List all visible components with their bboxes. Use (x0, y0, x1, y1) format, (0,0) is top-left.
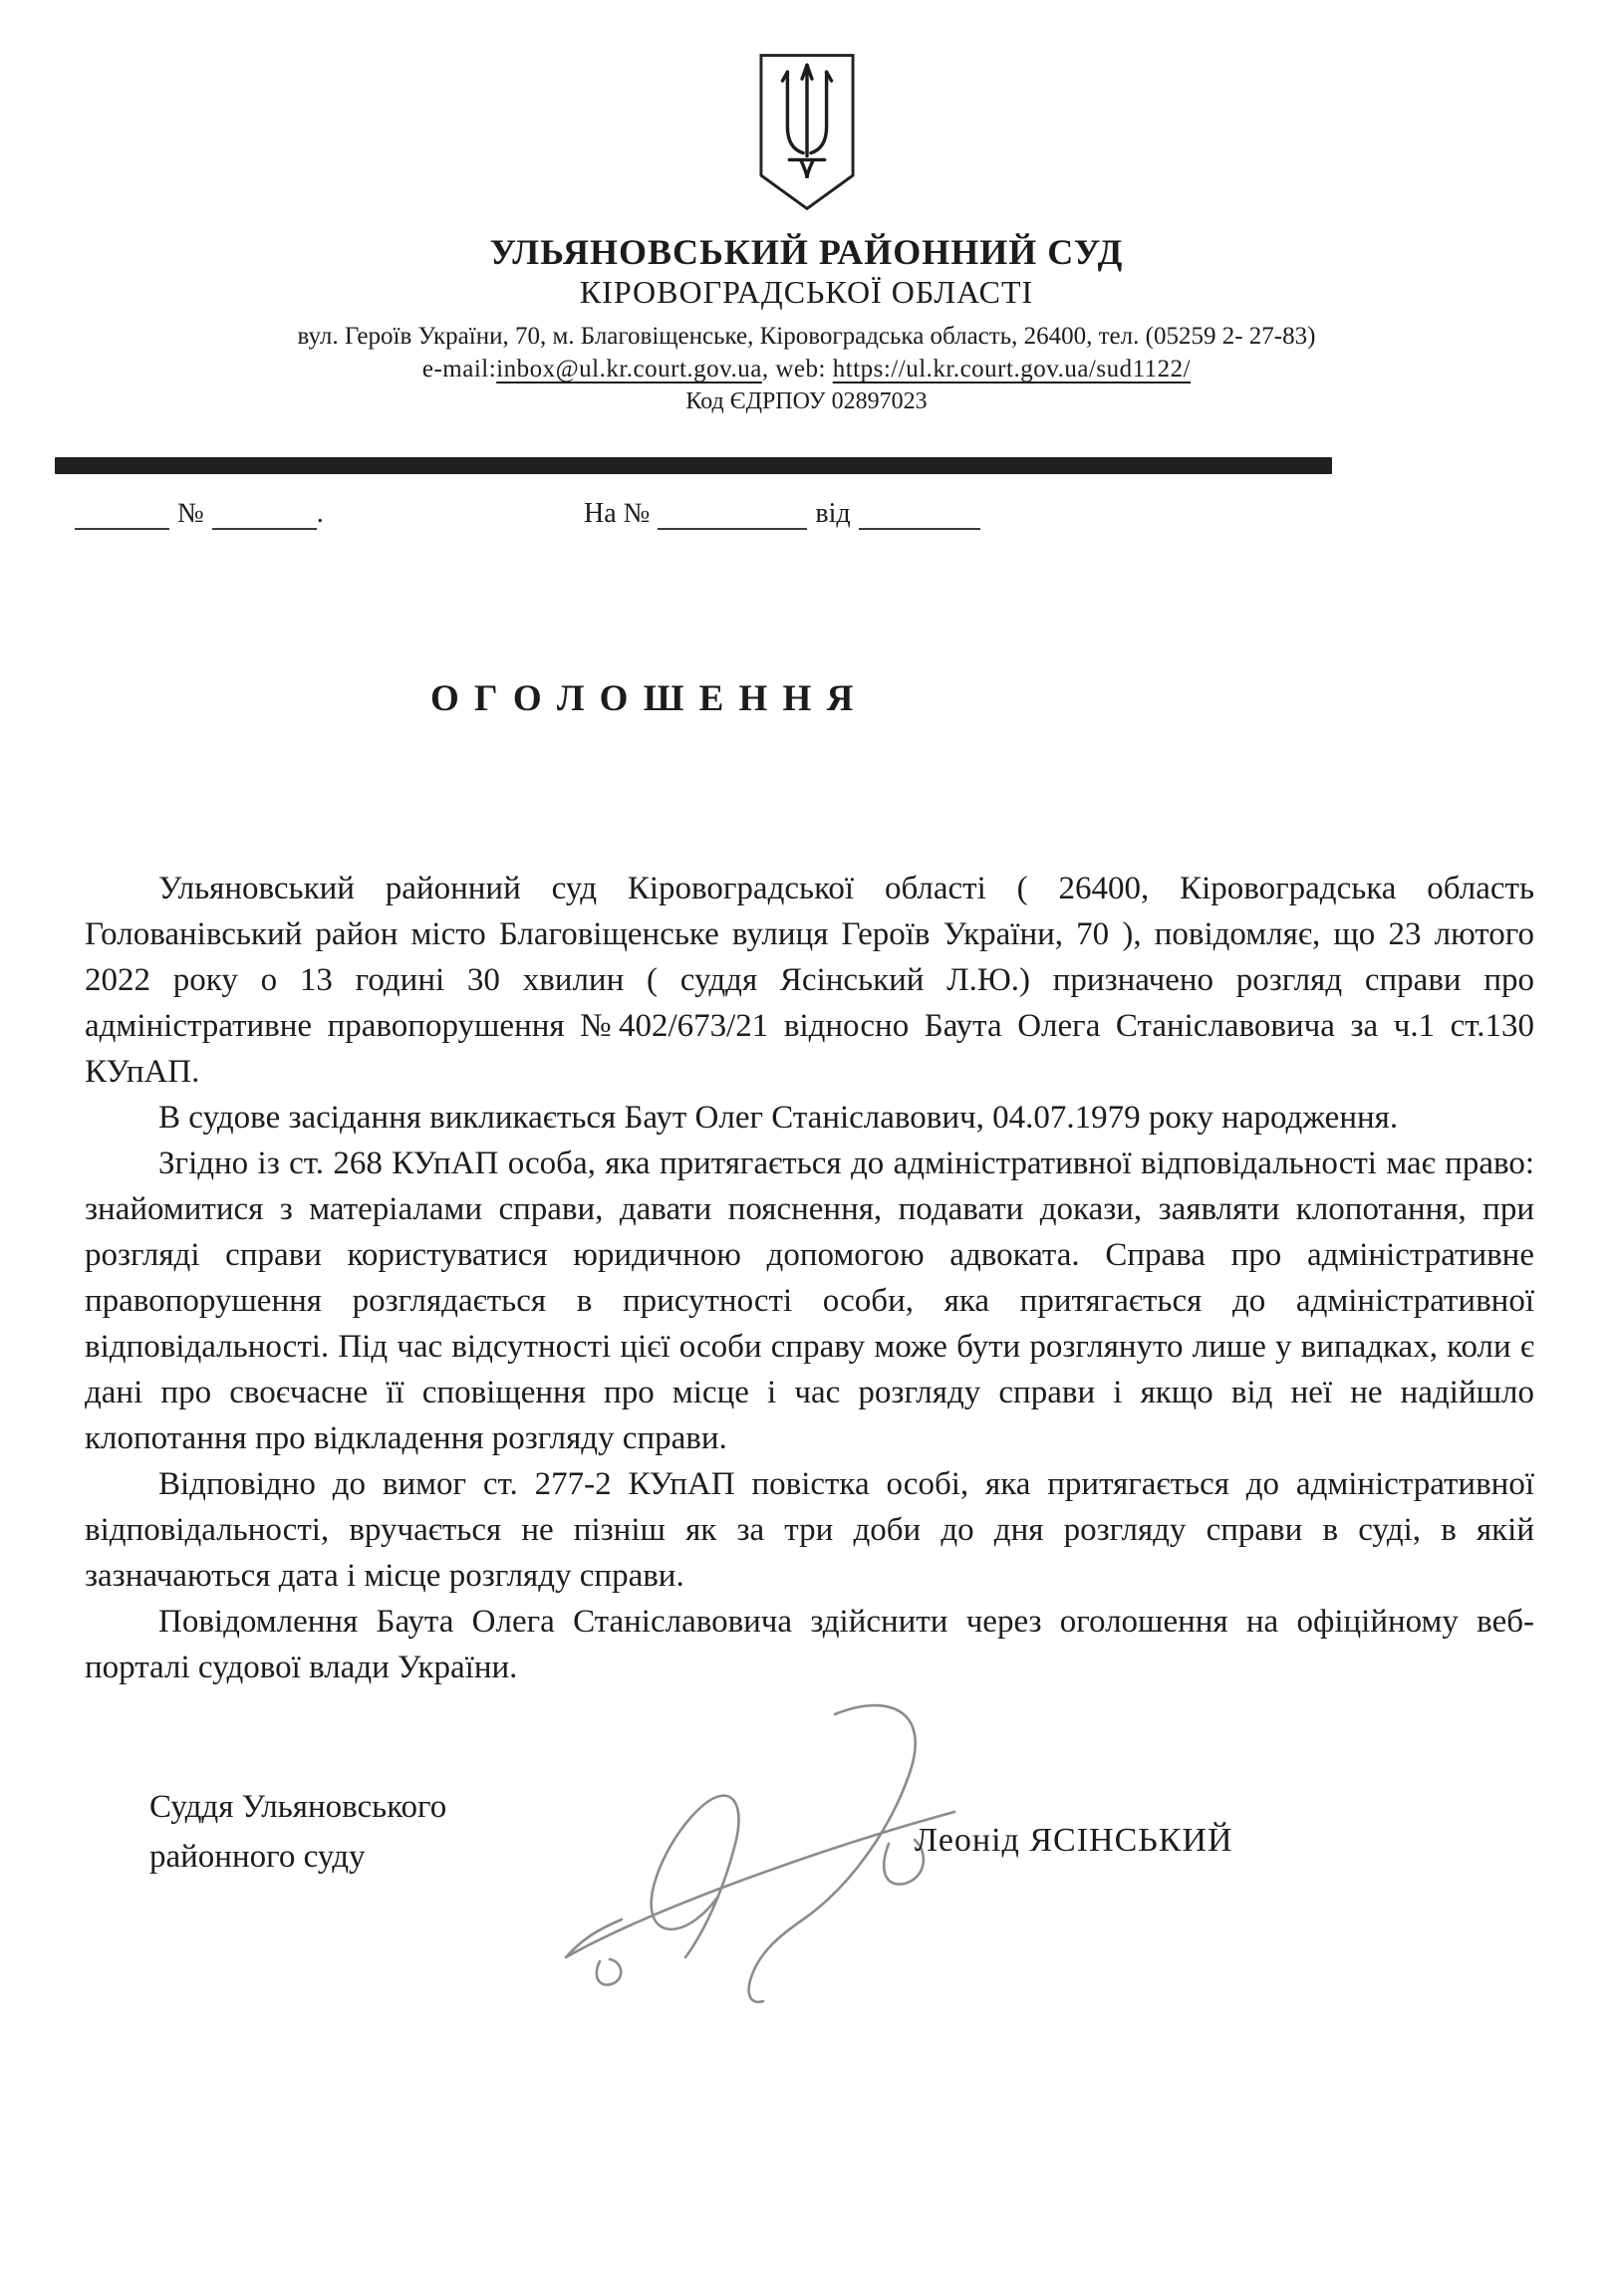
announcement-body: Ульяновський районний суд Кіровоградсько… (85, 866, 1534, 1690)
separator-bar (55, 457, 1332, 474)
edrpou-code: Код ЄДРПОУ 02897023 (0, 385, 1613, 417)
court-address: вул. Героїв України, 70, м. Благовіщенсь… (0, 320, 1613, 353)
incoming-number-field: На №від (576, 498, 980, 530)
signature-block: Суддя Ульяновського районного суду Леоні… (0, 1754, 1613, 2083)
signer-role-line1: Суддя Ульяновського (149, 1782, 446, 1832)
email-label: e-mail: (422, 356, 496, 383)
web-label: , web: (762, 356, 833, 383)
number-sign-label: № (169, 498, 212, 529)
outgoing-number-field: №. (75, 498, 324, 530)
left-dot: . (317, 498, 324, 529)
court-region: КІРОВОГРАДСЬКОЇ ОБЛАСТІ (0, 272, 1613, 312)
reference-number-row: №. На №від (0, 498, 1613, 544)
paragraph-rights-art268: Згідно із ст. 268 КУпАП особа, яка притя… (85, 1141, 1534, 1461)
signer-role-line2: районного суду (149, 1832, 446, 1882)
ukraine-trident-emblem-icon (758, 52, 856, 218)
incoming-date-blank (859, 498, 980, 530)
from-label: від (807, 498, 858, 529)
page-title: О Г О Л О Ш Е Н Н Я (430, 677, 856, 720)
paragraph-summons: В судове засідання викликається Баут Оле… (85, 1095, 1534, 1141)
paragraph-hearing-info: Ульяновський районний суд Кіровоградсько… (85, 866, 1534, 1095)
outgoing-number-blank (212, 498, 317, 530)
paragraph-art277-2: Відповідно до вимог ст. 277-2 КУпАП пові… (85, 1461, 1534, 1599)
handwritten-signature (538, 1692, 976, 2016)
outgoing-date-blank (75, 498, 169, 530)
contact-line: e-mail:inbox@ul.kr.court.gov.ua, web: ht… (0, 353, 1613, 385)
scanned-court-document-page: УЛЬЯНОВСЬКИЙ РАЙОННИЙ СУД КІРОВОГРАДСЬКО… (0, 0, 1613, 2296)
paragraph-notification: Повідомлення Баута Олега Станіславовича … (85, 1599, 1534, 1690)
court-name: УЛЬЯНОВСЬКИЙ РАЙОННИЙ СУД (0, 232, 1613, 272)
document-header: УЛЬЯНОВСЬКИЙ РАЙОННИЙ СУД КІРОВОГРАДСЬКО… (0, 0, 1613, 417)
web-link[interactable]: https://ul.kr.court.gov.ua/sud1122/ (833, 356, 1191, 383)
incoming-number-label: На № (576, 498, 658, 529)
signer-name: Леонід ЯСІНСЬКИЙ (915, 1822, 1233, 1860)
incoming-number-blank (658, 498, 807, 530)
signer-role: Суддя Ульяновського районного суду (149, 1782, 446, 1882)
email-link[interactable]: inbox@ul.kr.court.gov.ua (496, 356, 762, 383)
